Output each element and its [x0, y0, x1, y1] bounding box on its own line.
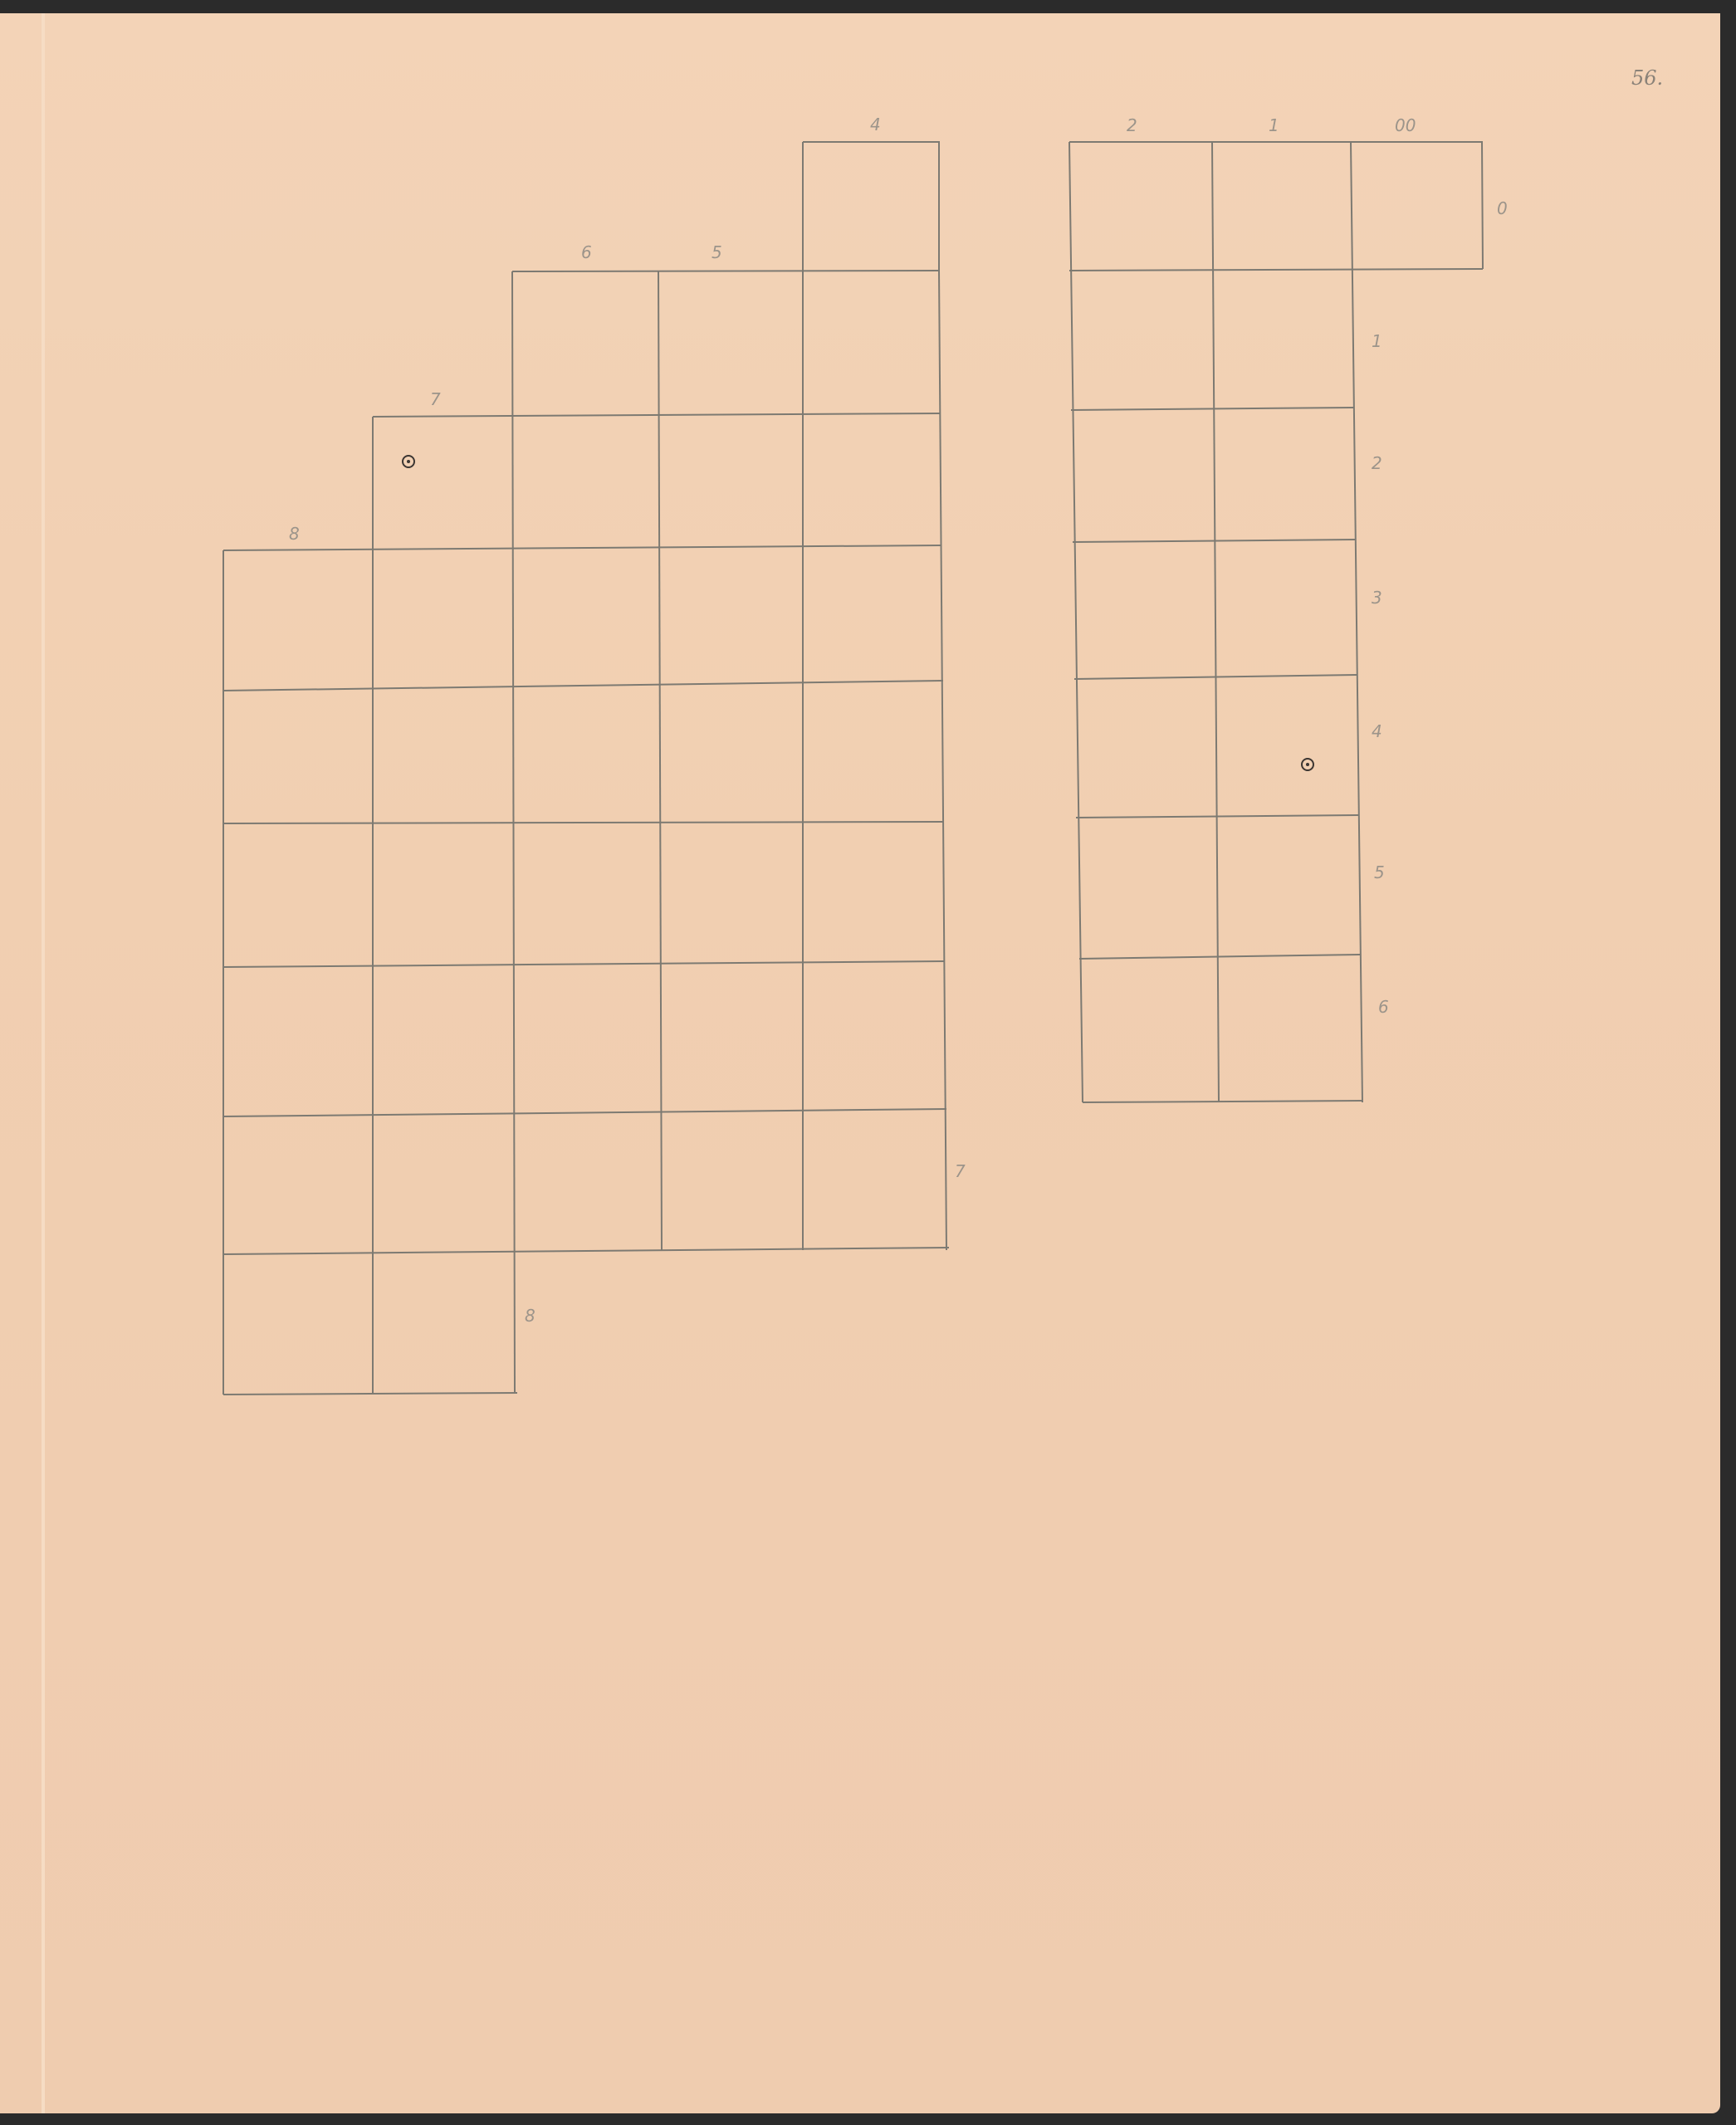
right-grid [1069, 142, 1483, 1102]
label-col-5: 5 [712, 242, 722, 262]
label-col-4: 4 [870, 115, 881, 134]
label-col-1: 1 [1269, 115, 1279, 135]
label-row-2: 2 [1372, 453, 1382, 473]
label-col-8: 8 [289, 524, 300, 544]
label-col-7: 7 [430, 389, 441, 409]
label-col-2: 2 [1127, 115, 1137, 135]
label-col-00: 00 [1395, 115, 1416, 135]
label-row-3: 3 [1372, 588, 1382, 608]
hand-drawn-grids: 4 6 5 7 8 7 8 2 1 00 0 1 2 3 4 5 6 [0, 0, 1736, 2125]
label-row-8: 8 [525, 1306, 535, 1326]
label-col-6: 6 [581, 242, 592, 262]
label-row-7: 7 [955, 1161, 966, 1181]
label-row-0: 0 [1497, 198, 1508, 218]
circled-dot-mark-right [1301, 758, 1314, 771]
left-grid [223, 142, 949, 1395]
label-row-1: 1 [1372, 331, 1382, 351]
label-row-4: 4 [1372, 721, 1382, 741]
label-row-5: 5 [1374, 862, 1385, 882]
circled-dot-mark-left [402, 455, 415, 468]
label-row-6: 6 [1378, 997, 1389, 1017]
